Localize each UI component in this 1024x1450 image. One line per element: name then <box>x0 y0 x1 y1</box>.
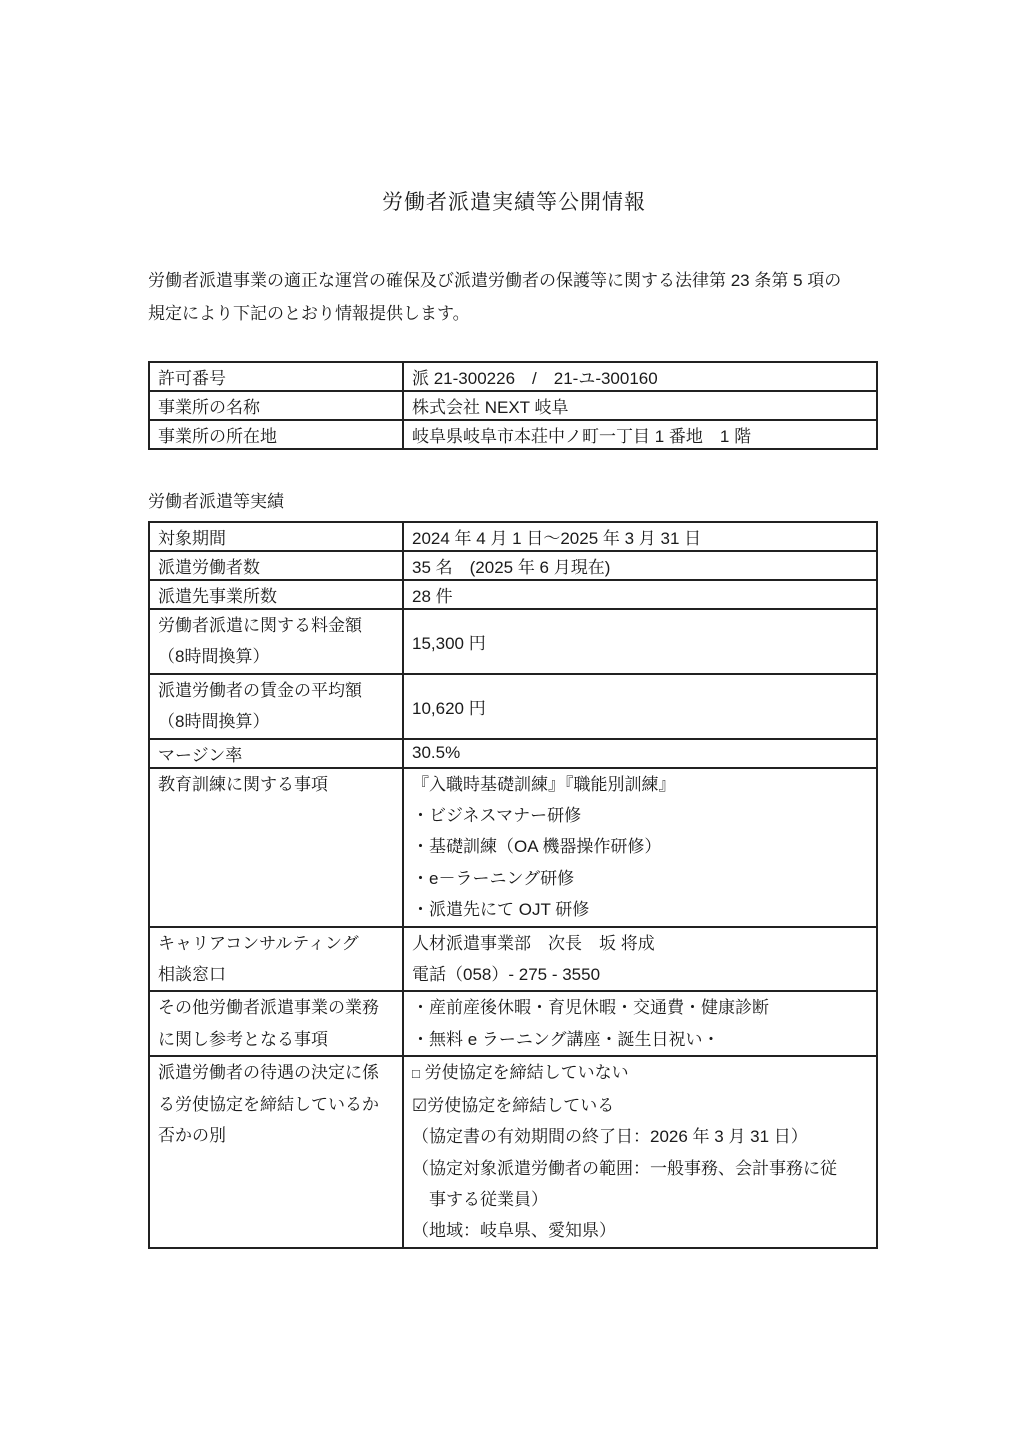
row-label: キャリアコンサルティング 相談窓口 <box>149 927 403 992</box>
intro-paragraph: 労働者派遣事業の適正な運営の確保及び派遣労働者の保護等に関する法律第 23 条第… <box>148 264 880 330</box>
table-row: 労働者派遣に関する料金額 （8時間換算） 15,300 円 <box>149 609 877 674</box>
table-row: 教育訓練に関する事項 『入職時基礎訓練』『職能別訓練』 ・ビジネスマナー研修 ・… <box>149 768 877 927</box>
row-value: 10,620 円 <box>403 674 877 739</box>
contact-phone-line: 電話（058）- 275 - 3550 <box>412 959 872 990</box>
checkbox-checked-icon: ☑ <box>412 1096 427 1115</box>
cell-line: 派遣労働者の賃金の平均額 <box>158 675 398 706</box>
table-row: 派遣労働者の待遇の決定に係 る労使協定を締結しているか 否かの別 □ 労使協定を… <box>149 1056 877 1247</box>
row-label: 派遣先事業所数 <box>149 580 403 609</box>
table-row: 対象期間 2024 年 4 月 1 日～2025 年 3 月 31 日 <box>149 522 877 551</box>
row-label: 派遣労働者数 <box>149 551 403 580</box>
cell-line: （8時間換算） <box>158 706 398 737</box>
row-value: 岐阜県岐阜市本荘中ノ町一丁目 1 番地 1 階 <box>403 420 877 449</box>
agreement-note-line: （協定対象派遣労働者の範囲：一般事務、会計事務に従 <box>412 1153 872 1184</box>
section-heading: 労働者派遣等実績 <box>148 487 880 512</box>
row-label: 派遣労働者の待遇の決定に係 る労使協定を締結しているか 否かの別 <box>149 1056 403 1247</box>
table-row: 派遣労働者の賃金の平均額 （8時間換算） 10,620 円 <box>149 674 877 739</box>
cell-line: 相談窓口 <box>158 959 398 990</box>
cell-line: （8時間換算） <box>158 641 398 672</box>
cell-line: ・ビジネスマナー研修 <box>412 800 872 831</box>
row-label: 事業所の所在地 <box>149 420 403 449</box>
table-row: 派遣労働者数 35 名 (2025 年 6 月現在) <box>149 551 877 580</box>
cell-line: 労働者派遣に関する料金額 <box>158 610 398 641</box>
table-row: 事業所の名称 株式会社 NEXT 岐阜 <box>149 391 877 420</box>
row-value: □ 労使協定を締結していない ☑労使協定を締結している （協定書の有効期間の終了… <box>403 1056 877 1247</box>
row-label: 労働者派遣に関する料金額 （8時間換算） <box>149 609 403 674</box>
row-label: 対象期間 <box>149 522 403 551</box>
table-row: 事業所の所在地 岐阜県岐阜市本荘中ノ町一丁目 1 番地 1 階 <box>149 420 877 449</box>
row-value: 35 名 (2025 年 6 月現在) <box>403 551 877 580</box>
agreement-note-line: （協定書の有効期間の終了日：2026 年 3 月 31 日） <box>412 1121 872 1152</box>
row-value: 28 件 <box>403 580 877 609</box>
cell-line: る労使協定を締結しているか <box>158 1089 398 1120</box>
intro-line: 規定により下記のとおり情報提供します。 <box>148 297 880 330</box>
intro-line: 労働者派遣事業の適正な運営の確保及び派遣労働者の保護等に関する法律第 23 条第… <box>148 264 880 297</box>
cell-line: 否かの別 <box>158 1120 398 1151</box>
cell-line: ・派遣先にて OJT 研修 <box>412 894 872 925</box>
row-label: 事業所の名称 <box>149 391 403 420</box>
dispatch-results-table: 対象期間 2024 年 4 月 1 日～2025 年 3 月 31 日 派遣労働… <box>148 521 878 1249</box>
cell-line: ・無料 e ラーニング講座・誕生日祝い・ <box>412 1024 872 1055</box>
agreement-option-concluded: ☑労使協定を締結している <box>412 1090 872 1121</box>
agreement-note-line: （地域：岐阜県、愛知県） <box>412 1215 872 1246</box>
cell-line: ・基礎訓練（OA 機器操作研修） <box>412 831 872 862</box>
cell-line: ・産前産後休暇・育児休暇・交通費・健康診断 <box>412 992 872 1023</box>
page-title: 労働者派遣実績等公開情報 <box>148 186 880 216</box>
document-page: 労働者派遣実績等公開情報 労働者派遣事業の適正な運営の確保及び派遣労働者の保護等… <box>148 0 880 1249</box>
table-row: 許可番号 派 21-300226 / 21-ユ-300160 <box>149 362 877 391</box>
cell-line: 教育訓練に関する事項 <box>158 769 398 800</box>
cell-line: に関し参考となる事項 <box>158 1024 398 1055</box>
option-label: 労使協定を締結していない <box>420 1063 629 1082</box>
row-value: 15,300 円 <box>403 609 877 674</box>
row-label: マージン率 <box>149 739 403 768</box>
row-label: その他労働者派遣事業の業務 に関し参考となる事項 <box>149 991 403 1056</box>
option-label: 労使協定を締結している <box>427 1096 614 1115</box>
agreement-note-line: 事する従業員） <box>412 1184 872 1215</box>
office-info-table: 許可番号 派 21-300226 / 21-ユ-300160 事業所の名称 株式… <box>148 361 878 450</box>
cell-line: キャリアコンサルティング <box>158 928 398 959</box>
agreement-option-not-concluded: □ 労使協定を締結していない <box>412 1057 872 1089</box>
checkbox-unchecked-icon: □ <box>412 1066 420 1081</box>
row-value: 派 21-300226 / 21-ユ-300160 <box>403 362 877 391</box>
row-value: 『入職時基礎訓練』『職能別訓練』 ・ビジネスマナー研修 ・基礎訓練（OA 機器操… <box>403 768 877 927</box>
row-label: 教育訓練に関する事項 <box>149 768 403 927</box>
row-value: 2024 年 4 月 1 日～2025 年 3 月 31 日 <box>403 522 877 551</box>
cell-line: 『入職時基礎訓練』『職能別訓練』 <box>412 769 872 800</box>
row-label: 許可番号 <box>149 362 403 391</box>
row-label: 派遣労働者の賃金の平均額 （8時間換算） <box>149 674 403 739</box>
table-row: マージン率 30.5% <box>149 739 877 768</box>
contact-person-line: 人材派遣事業部 次長 坂 将成 <box>412 928 872 959</box>
table-row: 派遣先事業所数 28 件 <box>149 580 877 609</box>
row-value: 人材派遣事業部 次長 坂 将成 電話（058）- 275 - 3550 <box>403 927 877 992</box>
cell-line: 派遣労働者の待遇の決定に係 <box>158 1057 398 1088</box>
table-row: キャリアコンサルティング 相談窓口 人材派遣事業部 次長 坂 将成 電話（058… <box>149 927 877 992</box>
row-value: ・産前産後休暇・育児休暇・交通費・健康診断 ・無料 e ラーニング講座・誕生日祝… <box>403 991 877 1056</box>
row-value: 30.5% <box>403 739 877 768</box>
cell-line: その他労働者派遣事業の業務 <box>158 992 398 1023</box>
cell-line: ・e－ラーニング研修 <box>412 863 872 894</box>
row-value: 株式会社 NEXT 岐阜 <box>403 391 877 420</box>
table-row: その他労働者派遣事業の業務 に関し参考となる事項 ・産前産後休暇・育児休暇・交通… <box>149 991 877 1056</box>
